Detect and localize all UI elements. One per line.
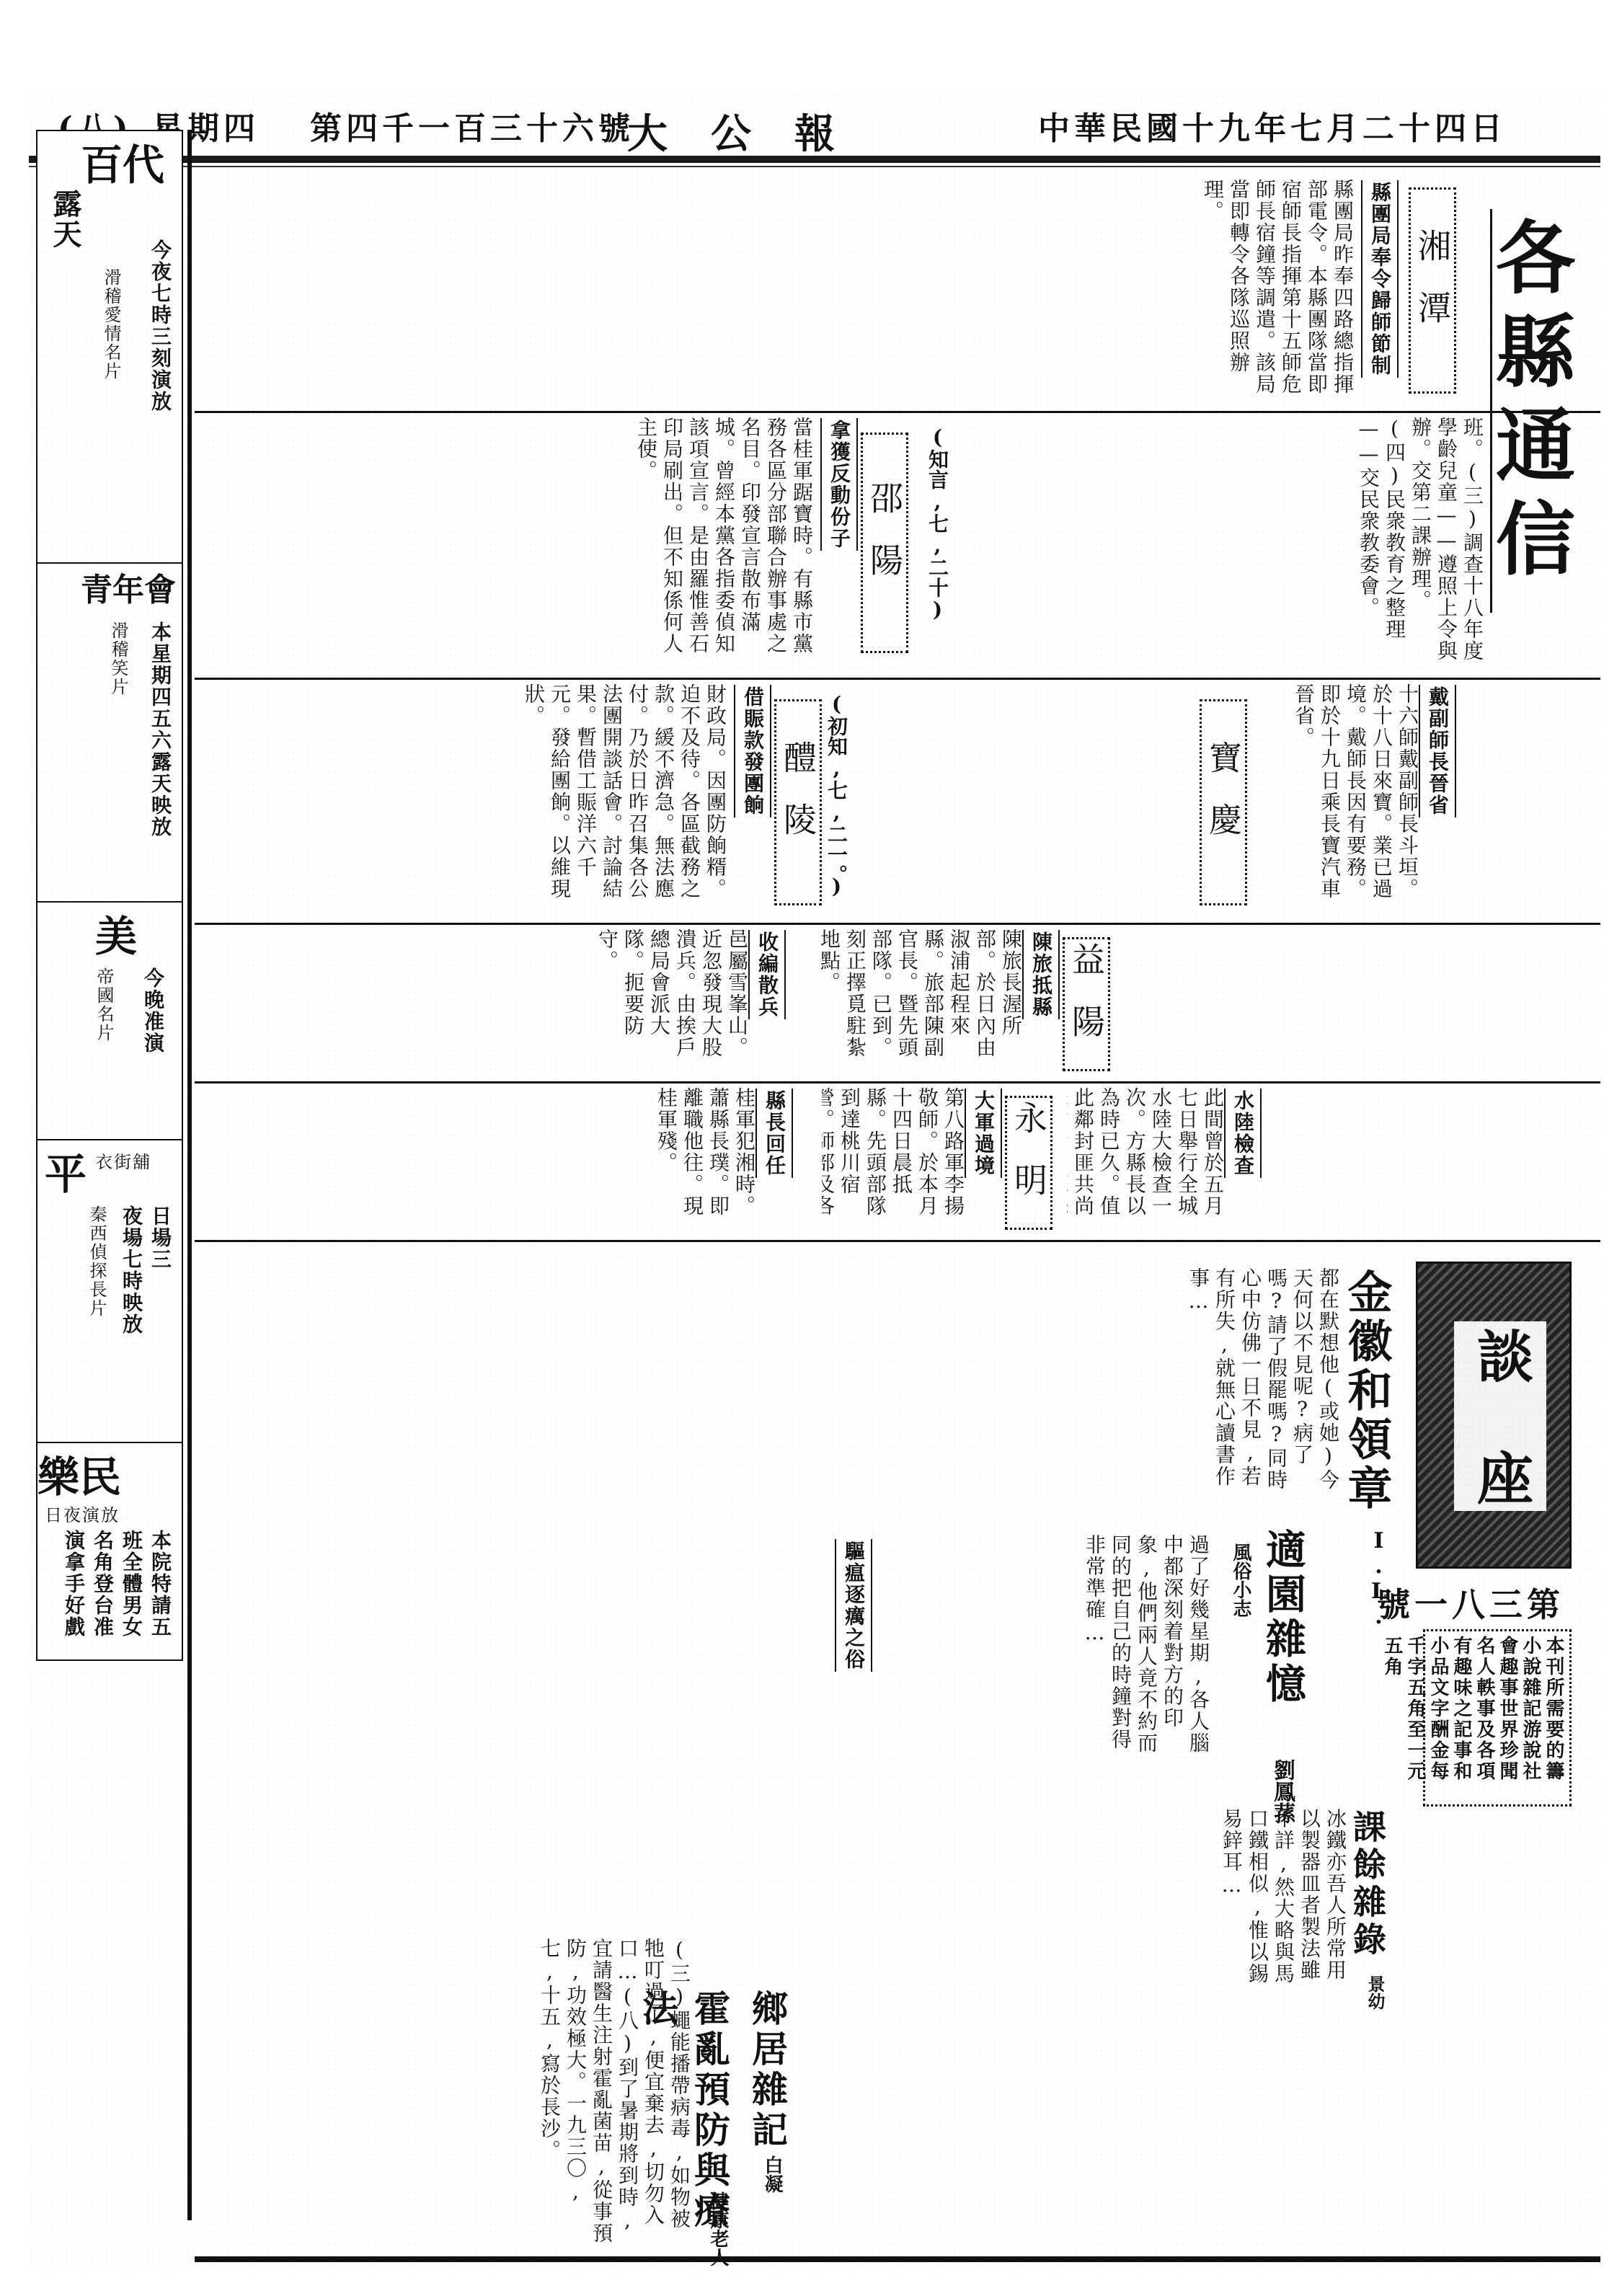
feature-garden-memoir: 過了好幾星期,各人腦中都深刻着對方的印象,他們兩人竟不約而同的把自己的時鐘對得非… <box>706 1528 1211 1773</box>
article-baoqing: 十六師戴副師長斗垣。於十八日來寶。業已過境。戴師長因有要務。即於十九日乘長寶汽車… <box>1276 678 1420 923</box>
ad-line: 本星期四五六露天映放 <box>146 621 174 838</box>
article-body: 十六師戴副師長斗垣。於十八日來寶。業已過境。戴師長因有要務。即於十九日乘長寶汽車… <box>1290 683 1420 917</box>
notice-text: 本刊所需要的籌小說雜記游說社會趣事世界珍聞名人軼事及各項有趣味之記事和小品文字酬… <box>1381 1636 1565 1798</box>
article-shaoyang: 當桂軍踞寶時。有縣市黨務各區分部聯合辦事處之名目。印發宣言散布滿城。曾經本黨各指… <box>411 411 815 678</box>
county-label-xiangtan: 湘潭 <box>1409 187 1456 394</box>
ad-theater-name: 美 <box>95 903 137 963</box>
headline: 縣長回任 <box>755 1089 793 1178</box>
newspaper-page: 中華民國十九年七月二十四日 大公報 第四千一百三十六號 星期四 (八) 百代 今… <box>29 94 1600 2271</box>
supplement-issue-number: 第三八一號 <box>1377 1579 1564 1626</box>
article-body: 邑屬雪峯山。近忽發現大股潰兵。由挨戶總局會派大隊。扼要防守。 <box>594 928 750 1076</box>
ad-ping: 平 衣街舖 日場三 夜場七時映放 秦西偵探長片 <box>36 1139 183 1445</box>
masthead-rule <box>29 156 1600 163</box>
county-label-yiyang: 益陽 <box>1063 937 1110 1071</box>
county-label-yongming: 永明 <box>1005 1096 1052 1230</box>
ad-line: 班全體男女 <box>117 1530 146 1638</box>
headline: 借賑款發團餉 <box>734 685 771 817</box>
dateline: (知言,七,二十) <box>923 425 952 621</box>
ad-line: 名角登台准 <box>88 1530 117 1638</box>
feature-title: 適園雜憶 <box>1254 1528 1312 1707</box>
article-body: 此間曾於五月七日舉行全城水陸大檢查一次。方縣長以為時已久。值此鄰封匪共尚未肅清。… <box>1067 1087 1226 1234</box>
feature-author: 白凝 <box>759 2155 786 2193</box>
ad-tagline: 露天 <box>45 189 86 249</box>
ad-baidai: 百代 今夜七時三刻演放 滑稽愛情名片 露天 <box>36 130 183 565</box>
masthead: 中華民國十九年七月二十四日 大公報 第四千一百三十六號 星期四 (八) <box>29 94 1600 166</box>
ad-line: 日場三 <box>146 1205 174 1270</box>
ad-line: 夜場七時映放 <box>117 1205 146 1335</box>
article-xiangtan: 縣團局昨奉四路總指揮部電令。本縣團隊當即宿師長指揮第十五師危師長宿鐘等調遣。該局… <box>404 173 1355 411</box>
feature-body: 都在默想他(或她)今天何以不見呢?病了嗎?請了假罷嗎?同時心中仿佛一日不見,若有… <box>1185 1267 1341 1501</box>
article-yongming: 第八路軍李揚敬師。於本月十四日晨抵縣。先頭部隊到達桃川宿營。師部及各處人員歇宿縣… <box>822 1081 966 1240</box>
feature-author: I.L. <box>1366 1528 1391 1629</box>
headline: 拿獲反動份子 <box>820 418 858 551</box>
news-band-2: 班。(三)調查十八年度學齡兒童——遵照上令與辦。交第二課辦理。(四)民衆教育之整… <box>195 411 1600 680</box>
article-yuanjiang: 此間曾於五月七日舉行全城水陸大檢查一次。方縣長以為時已久。值此鄰封匪共尚未肅清。… <box>1067 1081 1226 1240</box>
news-band-4: 益陽 陳旅抵縣 陳旅長渥所部。於日內由淑浦起程來縣。旅部陳副官長。暨先頭部隊。已… <box>195 923 1600 1083</box>
ad-youth-association: 青年會 本星期四五六露天映放 滑稽笑片 <box>36 562 183 904</box>
article-body: 縣團局昨奉四路總指揮部電令。本縣團隊當即宿師長指揮第十五師危師長宿鐘等調遣。該局… <box>1200 179 1355 405</box>
article-xiangtan-edu: 班。(三)調查十八年度學齡兒童——遵照上令與辦。交第二課辦理。(四)民衆教育之整… <box>1298 411 1485 678</box>
article-body: 班。(三)調查十八年度學齡兒童——遵照上令與辦。交第二課辦理。(四)民衆教育之整… <box>1355 417 1485 672</box>
feature-author: 健康老人 <box>705 2191 732 2266</box>
headline: 縣團局奉令歸師節制 <box>1361 180 1399 378</box>
main-content: 各縣通信 湘潭 縣團局奉令歸師節制 縣團局昨奉四路總指揮部電令。本縣團隊當即宿師… <box>195 173 1600 2271</box>
ad-line: 本院特請五 <box>146 1530 174 1638</box>
ad-line: 帝國名片 <box>92 967 117 1042</box>
paper-name: 大公報 <box>627 102 878 160</box>
article-liling: 財政局。因團防餉糈。迫不及待。各區截務之款。緩不濟急。無法應付。乃於日昨召集各公… <box>411 678 728 923</box>
ad-line: 秦西偵探長片 <box>84 1205 110 1318</box>
headline: 戴副師長晉省 <box>1419 685 1456 817</box>
ad-theater-name: 平 <box>45 1140 87 1201</box>
feature-body: 冰鐵亦吾人所常用以製器皿者製法雖不詳,然大略與馬口鐵相似,惟以錫易鋅耳… <box>1218 1808 1348 1998</box>
article-body: 第八路軍李揚敬師。於本月十四日晨抵縣。先頭部隊到達桃川宿營。師部及各處人員歇宿縣… <box>822 1087 966 1234</box>
feature-title: 課餘雜錄 <box>1344 1809 1391 1959</box>
theater-ads-column: 百代 今夜七時三刻演放 滑稽愛情名片 露天 青年會 本星期四五六露天映放 滑稽笑… <box>36 130 192 2220</box>
ad-line: 今晚准演 <box>138 967 167 1054</box>
feature-title: 金徽和領章 <box>1334 1269 1399 1514</box>
news-band-1: 湘潭 縣團局奉令歸師節制 縣團局昨奉四路總指揮部電令。本縣團隊當即宿師長指揮第十… <box>195 173 1600 413</box>
headline: 大軍過境 <box>965 1089 1002 1178</box>
supplement-illustration: 談 座 <box>1416 1262 1572 1569</box>
sub-feature-title: 風俗小志 <box>1228 1543 1254 1618</box>
article-body: 桂軍犯湘時。蕭縣長璞。即離職他往。現桂軍殘。 <box>653 1087 757 1234</box>
feature-body: 過了好幾星期,各人腦中都深刻着對方的印象,他們兩人竟不約而同的把自己的時鐘對得非… <box>1081 1534 1211 1768</box>
dateline: (初知,七,二一。) <box>822 692 851 898</box>
ad-line: 今夜七時三刻演放 <box>146 239 174 412</box>
masthead-rule-thin <box>29 166 1600 167</box>
ad-mei: 美 今晚准演 帝國名片 <box>36 901 183 1142</box>
article-yiyang: 陳旅長渥所部。於日內由淑浦起程來縣。旅部陳副官長。暨先頭部隊。已到。刻正擇覓駐紮… <box>807 923 1024 1081</box>
masthead-date: 中華民國十九年七月二十四日 <box>1038 102 1507 149</box>
ad-tagline: 日夜演放 <box>45 1501 120 1526</box>
issue-number: 第四千一百三十六號 <box>310 102 634 149</box>
ad-theater-name: 百代 <box>81 131 164 192</box>
ad-line: 滑稽愛情名片 <box>99 268 124 381</box>
article-body: 當桂軍踞寶時。有縣市黨務各區分部聯合辦事處之名目。印發宣言散布滿城。曾經本黨各指… <box>633 417 815 672</box>
headline: 驅瘟逐癘之俗 <box>835 1539 872 1672</box>
feature-title: 鄉居雜記 <box>741 1990 793 2151</box>
feature-gold-badge: 都在默想他(或她)今天何以不見呢?病了嗎?請了假罷嗎?同時心中仿佛一日不見,若有… <box>908 1262 1341 1507</box>
ad-line: 滑稽笑片 <box>106 621 131 696</box>
ad-line: 演拿手好戲 <box>59 1530 88 1638</box>
feature-body: (三)蠅能播帶病毒,如物被牠叮過了,便宜棄去,切勿入口…(八)到了暑期將到時,宜… <box>536 1938 692 2251</box>
headline: 收編散兵 <box>748 930 786 1019</box>
ad-theater-name: 樂民 <box>37 1443 121 1504</box>
article-yiyang-soldiers: 邑屬雪峯山。近忽發現大股潰兵。由挨戶總局會派大隊。扼要防守。 <box>533 923 750 1081</box>
article-body: 陳旅長渥所部。於日內由淑浦起程來縣。旅部陳副官長。暨先頭部隊。已到。刻正擇覓駐紮… <box>816 928 1024 1076</box>
county-label-baoqing: 寶慶 <box>1200 699 1247 905</box>
news-band-5: 永明 大軍過境 第八路軍李揚敬師。於本月十四日晨抵縣。先頭部隊到達桃川宿營。師部… <box>195 1081 1600 1242</box>
article-magistrate: 桂軍犯湘時。蕭縣長璞。即離職他往。現桂軍殘。 <box>541 1081 757 1240</box>
headline: 陳旅抵縣 <box>1022 930 1060 1019</box>
illustration-caption: 談 座 <box>1454 1321 1546 1511</box>
news-band-3: 戴副師長晉省 十六師戴副師長斗垣。於十八日來寶。業已過境。戴師長因有要務。即於十… <box>195 678 1600 925</box>
headline: 水陸檢查 <box>1224 1089 1262 1178</box>
feature-cholera: (三)蠅能播帶病毒,如物被牠叮過了,便宜棄去,切勿入口…(八)到了暑期將到時,宜… <box>288 1932 692 2256</box>
bottom-rule <box>195 2256 1600 2262</box>
ad-lemin: 樂民 日夜演放 本院特請五 班全體男女 名角登台准 演拿手好戲 <box>36 1442 183 1661</box>
county-label-liling: 醴陵 <box>774 699 822 905</box>
contribution-notice: 本刊所需要的籌小說雜記游說社會趣事世界珍聞名人軼事及各項有趣味之記事和小品文字酬… <box>1423 1629 1572 1807</box>
county-label-shaoyang: 邵陽 <box>861 433 908 653</box>
feature-author: 景幼 <box>1362 1975 1388 2010</box>
article-body: 財政局。因團防餉糈。迫不及待。各區截務之款。緩不濟急。無法應付。乃於日昨召集各公… <box>520 683 728 917</box>
ad-theater-name: 青年會 <box>81 564 176 610</box>
feature-after-class: 冰鐵亦吾人所常用以製器皿者製法雖不詳,然大略與馬口鐵相似,惟以錫易鋅耳… <box>1060 1802 1348 2004</box>
ad-location: 衣街舖 <box>95 1148 151 1173</box>
